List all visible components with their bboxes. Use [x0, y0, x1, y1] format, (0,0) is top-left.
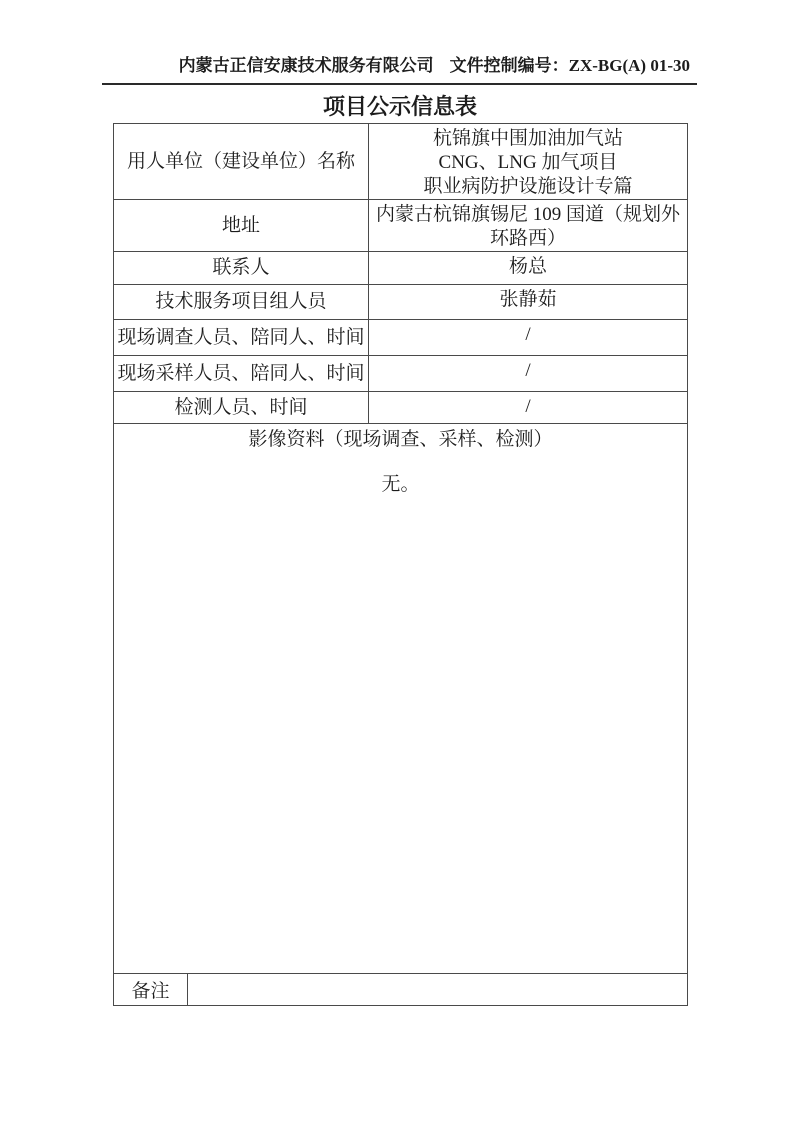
table-row-remark: 备注: [114, 974, 688, 1006]
document-page: 内蒙古正信安康技术服务有限公司文件控制编号：ZX-BG(A) 01-30 项目公…: [0, 0, 800, 1131]
employer-line-1: 杭锦旗中围加油加气站: [369, 127, 687, 151]
table-row-project-team: 技术服务项目组人员 张静茹: [114, 285, 688, 320]
doc-control-number: ZX-BG(A) 01-30: [569, 56, 690, 75]
row-value-address: 内蒙古杭锦旗锡尼 109 国道（规划外 环路西）: [369, 200, 688, 252]
address-line-1: 内蒙古杭锦旗锡尼 109 国道（规划外: [369, 203, 687, 227]
doc-control: 文件控制编号：ZX-BG(A) 01-30: [450, 56, 690, 75]
row-label-employer: 用人单位（建设单位）名称: [114, 124, 369, 200]
table-row-contact: 联系人 杨总: [114, 252, 688, 285]
row-value-sampling: /: [369, 356, 688, 392]
doc-control-label: 文件控制编号：: [450, 56, 569, 75]
address-line-2: 环路西）: [369, 227, 687, 251]
page-header: 内蒙古正信安康技术服务有限公司文件控制编号：ZX-BG(A) 01-30: [102, 0, 697, 85]
row-label-site-survey: 现场调查人员、陪同人、时间: [114, 320, 369, 356]
table-row-testing: 检测人员、时间 /: [114, 392, 688, 424]
row-label-sampling: 现场采样人员、陪同人、时间: [114, 356, 369, 392]
table-row-sampling: 现场采样人员、陪同人、时间 /: [114, 356, 688, 392]
row-label-contact: 联系人: [114, 252, 369, 285]
media-cell: 影像资料（现场调查、采样、检测） 无。: [114, 424, 688, 974]
row-label-address: 地址: [114, 200, 369, 252]
info-table: 用人单位（建设单位）名称 杭锦旗中围加油加气站 CNG、LNG 加气项目 职业病…: [113, 123, 688, 974]
row-value-testing: /: [369, 392, 688, 424]
remark-table: 备注: [113, 973, 688, 1006]
media-section-content: 无。: [114, 473, 687, 497]
table-row-site-survey: 现场调查人员、陪同人、时间 /: [114, 320, 688, 356]
media-section-heading: 影像资料（现场调查、采样、检测）: [114, 428, 687, 452]
table-row-media: 影像资料（现场调查、采样、检测） 无。: [114, 424, 688, 974]
row-value-site-survey: /: [369, 320, 688, 356]
company-name: 内蒙古正信安康技术服务有限公司: [179, 56, 434, 75]
row-value-employer: 杭锦旗中围加油加气站 CNG、LNG 加气项目 职业病防护设施设计专篇: [369, 124, 688, 200]
table-row-address: 地址 内蒙古杭锦旗锡尼 109 国道（规划外 环路西）: [114, 200, 688, 252]
employer-line-2: CNG、LNG 加气项目: [369, 151, 687, 175]
row-label-project-team: 技术服务项目组人员: [114, 285, 369, 320]
remark-label: 备注: [114, 974, 188, 1006]
table-row-employer: 用人单位（建设单位）名称 杭锦旗中围加油加气站 CNG、LNG 加气项目 职业病…: [114, 124, 688, 200]
row-value-project-team: 张静茹: [369, 285, 688, 320]
document-title: 项目公示信息表: [0, 94, 800, 120]
row-label-testing: 检测人员、时间: [114, 392, 369, 424]
row-value-contact: 杨总: [369, 252, 688, 285]
remark-value-cell: [188, 974, 688, 1006]
employer-line-3: 职业病防护设施设计专篇: [369, 175, 687, 199]
